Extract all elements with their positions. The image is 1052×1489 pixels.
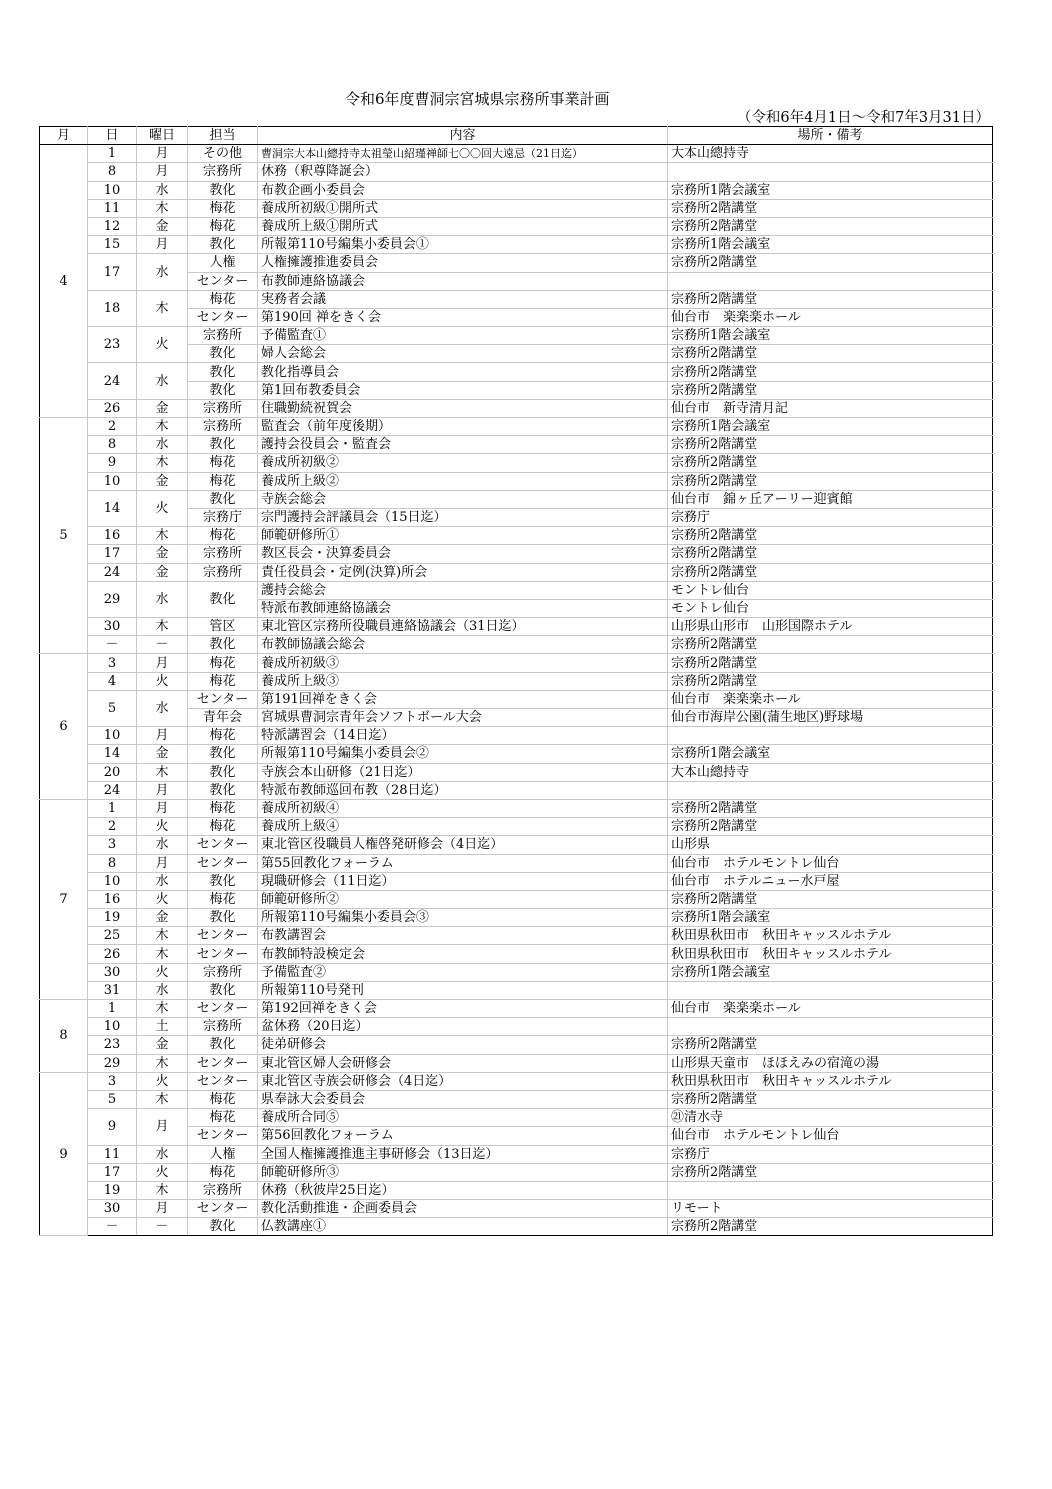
content-cell: 布教師特設検定会 [258,945,668,963]
content-cell: 東北管区宗務所役職員連絡協議会（31日迄） [258,618,668,636]
place-cell: 大本山總持寺 [668,145,993,163]
place-cell: ㉑清水寺 [668,1109,993,1127]
place-cell: 大本山總持寺 [668,763,993,781]
day-cell: 5 [88,1090,137,1108]
weekday-cell: 木 [137,1000,188,1018]
table-row: 41月その他曹洞宗大本山總持寺太祖瑩山紹瑾禅師七〇〇回大遠忌（21日迄）大本山總… [40,145,993,163]
tanto-cell: 梅花 [188,1109,258,1127]
content-cell: 特派布教師巡回布教（28日迄） [258,781,668,799]
weekday-cell: 水 [137,872,188,890]
table-row: 10金梅花養成所上級②宗務所2階講堂 [40,472,993,490]
table-row: 18木梅花実務者会議宗務所2階講堂 [40,290,993,308]
content-cell: 予備監査① [258,327,668,345]
tanto-cell: 管区 [188,618,258,636]
weekday-cell: 木 [137,763,188,781]
tanto-cell: 梅花 [188,654,258,672]
content-cell: 教化指導員会 [258,363,668,381]
month-cell: 8 [40,1000,88,1073]
content-cell: 盆休務（20日迄） [258,1018,668,1036]
place-cell: 宗務所2階講堂 [668,363,993,381]
weekday-cell: 火 [137,1163,188,1181]
tanto-cell: 宗務所 [188,163,258,181]
content-cell: 徒弟研修会 [258,1036,668,1054]
tanto-cell: センター [188,690,258,708]
header-month: 月 [40,127,88,145]
tanto-cell: 梅花 [188,217,258,235]
table-row: 26金宗務所住職勤続祝賀会仙台市 新寺清月記 [40,399,993,417]
tanto-cell: 梅花 [188,818,258,836]
weekday-cell: 月 [137,781,188,799]
weekday-cell: 月 [137,799,188,817]
month-cell: 5 [40,418,88,654]
day-cell: 26 [88,945,137,963]
weekday-cell: 金 [137,563,188,581]
day-cell: 30 [88,963,137,981]
content-cell: 養成所上級①開所式 [258,217,668,235]
content-cell: 第55回教化フォーラム [258,854,668,872]
day-cell: 1 [88,799,137,817]
weekday-cell: － [137,1218,188,1236]
day-cell: 17 [88,254,137,290]
tanto-cell: 梅花 [188,1090,258,1108]
place-cell [668,981,993,999]
table-row: －－教化仏教講座①宗務所2階講堂 [40,1218,993,1236]
tanto-cell: 宗務所 [188,963,258,981]
content-cell: 師範研修所③ [258,1163,668,1181]
weekday-cell: 金 [137,472,188,490]
place-cell: 宗務庁 [668,1145,993,1163]
table-header-row: 月 日 曜日 担当 内容 場所・備考 [40,127,993,145]
tanto-cell: 梅花 [188,672,258,690]
weekday-cell: 金 [137,909,188,927]
table-row: 29木センター東北管区婦人会研修会山形県天童市 ほほえみの宿滝の湯 [40,1054,993,1072]
weekday-cell: 金 [137,217,188,235]
content-cell: 師範研修所① [258,527,668,545]
table-row: 16木梅花師範研修所①宗務所2階講堂 [40,527,993,545]
table-row: 23金教化徒弟研修会宗務所2階講堂 [40,1036,993,1054]
tanto-cell: センター [188,308,258,326]
tanto-cell: 教化 [188,872,258,890]
content-cell: 第192回禅をきく会 [258,1000,668,1018]
weekday-cell: 木 [137,454,188,472]
weekday-cell: 木 [137,527,188,545]
table-row: 5水センター第191回禅をきく会仙台市 楽楽楽ホール [40,690,993,708]
header-place: 場所・備考 [668,127,993,145]
table-row: 12金梅花養成所上級①開所式宗務所2階講堂 [40,217,993,235]
tanto-cell: センター [188,1054,258,1072]
day-cell: 23 [88,1036,137,1054]
day-cell: 24 [88,563,137,581]
table-row: 24金宗務所責任役員会・定例(決算)所会宗務所2階講堂 [40,563,993,581]
tanto-cell: 教化 [188,181,258,199]
day-cell: 3 [88,1072,137,1090]
header-weekday: 曜日 [137,127,188,145]
weekday-cell: 月 [137,854,188,872]
content-cell: 県奉詠大会委員会 [258,1090,668,1108]
place-cell: 山形県 [668,836,993,854]
day-cell: 12 [88,217,137,235]
place-cell: 宗務所1階会議室 [668,963,993,981]
weekday-cell: 月 [137,1200,188,1218]
place-cell: 宗務所2階講堂 [668,436,993,454]
place-cell: 宗務所1階会議室 [668,181,993,199]
table-row: 3水センター東北管区役職員人権啓発研修会（4日迄）山形県 [40,836,993,854]
tanto-cell: 教化 [188,436,258,454]
month-cell: 6 [40,654,88,800]
content-cell: 教化活動推進・企画委員会 [258,1200,668,1218]
table-row: 81木センター第192回禅をきく会仙台市 楽楽楽ホール [40,1000,993,1018]
table-row: 14金教化所報第110号編集小委員会②宗務所1階会議室 [40,745,993,763]
day-cell: 19 [88,1181,137,1199]
day-cell: 17 [88,545,137,563]
place-cell: 宗務所2階講堂 [668,254,993,272]
place-cell: 秋田県秋田市 秋田キャッスルホテル [668,927,993,945]
table-row: 9月梅花養成所合同⑤㉑清水寺 [40,1109,993,1127]
day-cell: 10 [88,1018,137,1036]
place-cell: 仙台市 楽楽楽ホール [668,308,993,326]
place-cell: 宗務所2階講堂 [668,1090,993,1108]
weekday-cell: 水 [137,436,188,454]
tanto-cell: センター [188,272,258,290]
content-cell: 寺族会本山研修（21日迄） [258,763,668,781]
place-cell: 宗務所2階講堂 [668,545,993,563]
content-cell: 護持会総会 [258,581,668,599]
place-cell: 宗務所2階講堂 [668,654,993,672]
table-row: 14火教化寺族会総会仙台市 錦ヶ丘アーリー迎賓館 [40,490,993,508]
day-cell: 9 [88,1109,137,1145]
content-cell: 養成所上級④ [258,818,668,836]
tanto-cell: 教化 [188,1036,258,1054]
day-cell: 29 [88,581,137,617]
day-cell: 10 [88,472,137,490]
content-cell: 布教師協議会総会 [258,636,668,654]
content-cell: 師範研修所② [258,890,668,908]
schedule-table: 月 日 曜日 担当 内容 場所・備考 41月その他曹洞宗大本山總持寺太祖瑩山紹瑾… [39,126,993,1236]
content-cell: 休務（秋彼岸25日迄） [258,1181,668,1199]
content-cell: 全国人権擁護推進主事研修会（13日迄） [258,1145,668,1163]
place-cell [668,1018,993,1036]
tanto-cell: 宗務所 [188,563,258,581]
header-day: 日 [88,127,137,145]
table-row: 8月宗務所休務（釈尊降誕会） [40,163,993,181]
tanto-cell: 梅花 [188,799,258,817]
tanto-cell: 宗務庁 [188,508,258,526]
content-cell: 所報第110号編集小委員会① [258,236,668,254]
table-row: 8月センター第55回教化フォーラム仙台市 ホテルモントレ仙台 [40,854,993,872]
weekday-cell: 木 [137,199,188,217]
tanto-cell: センター [188,927,258,945]
content-cell: 東北管区役職員人権啓発研修会（4日迄） [258,836,668,854]
weekday-cell: 金 [137,545,188,563]
content-cell: 仏教講座① [258,1218,668,1236]
content-cell: 東北管区婦人会研修会 [258,1054,668,1072]
weekday-cell: 火 [137,490,188,526]
table-row: 30月センター教化活動推進・企画委員会リモート [40,1200,993,1218]
content-cell: 布教企画小委員会 [258,181,668,199]
weekday-cell: 木 [137,618,188,636]
place-cell: 宗務所1階会議室 [668,418,993,436]
day-cell: 4 [88,672,137,690]
content-cell: 養成所初級② [258,454,668,472]
place-cell: 宗務所2階講堂 [668,1218,993,1236]
day-cell: 16 [88,890,137,908]
weekday-cell: 木 [137,290,188,326]
tanto-cell: 教化 [188,1218,258,1236]
content-cell: 現職研修会（11日迄） [258,872,668,890]
place-cell: 宗務所2階講堂 [668,799,993,817]
day-cell: 14 [88,745,137,763]
content-cell: 曹洞宗大本山總持寺太祖瑩山紹瑾禅師七〇〇回大遠忌（21日迄） [258,145,668,163]
day-cell: 8 [88,436,137,454]
tanto-cell: センター [188,1000,258,1018]
tanto-cell: 梅花 [188,290,258,308]
weekday-cell: 月 [137,1109,188,1145]
place-cell: 仙台市 新寺清月記 [668,399,993,417]
weekday-cell: 水 [137,181,188,199]
schedule-body: 41月その他曹洞宗大本山總持寺太祖瑩山紹瑾禅師七〇〇回大遠忌（21日迄）大本山總… [40,145,993,1236]
day-cell: 26 [88,399,137,417]
place-cell: 宗務所2階講堂 [668,217,993,235]
tanto-cell: 教化 [188,981,258,999]
header-content: 内容 [258,127,668,145]
tanto-cell: センター [188,1072,258,1090]
weekday-cell: 水 [137,690,188,726]
tanto-cell: 梅花 [188,727,258,745]
day-cell: 20 [88,763,137,781]
tanto-cell: その他 [188,145,258,163]
day-cell: － [88,1218,137,1236]
place-cell: 宗務所2階講堂 [668,199,993,217]
table-row: 10水教化現職研修会（11日迄）仙台市 ホテルニュー水戸屋 [40,872,993,890]
day-cell: 18 [88,290,137,326]
tanto-cell: 青年会 [188,709,258,727]
place-cell [668,781,993,799]
table-row: 93火センター東北管区寺族会研修会（4日迄）秋田県秋田市 秋田キャッスルホテル [40,1072,993,1090]
table-row: 30木管区東北管区宗務所役職員連絡協議会（31日迄）山形県山形市 山形国際ホテル [40,618,993,636]
tanto-cell: 宗務所 [188,545,258,563]
day-cell: 30 [88,618,137,636]
weekday-cell: 木 [137,418,188,436]
place-cell: 仙台市 ホテルモントレ仙台 [668,1127,993,1145]
day-cell: 9 [88,454,137,472]
tanto-cell: 宗務所 [188,1018,258,1036]
document-title: 令和6年度曹洞宗宮城県宗務所事業計画 [345,88,610,109]
content-cell: 宗門護持会評議員会（15日迄） [258,508,668,526]
weekday-cell: 月 [137,727,188,745]
day-cell: 29 [88,1054,137,1072]
tanto-cell: 梅花 [188,527,258,545]
day-cell: － [88,636,137,654]
day-cell: 5 [88,690,137,726]
place-cell: 宗務所2階講堂 [668,454,993,472]
table-row: 16火梅花師範研修所②宗務所2階講堂 [40,890,993,908]
table-row: 24水教化教化指導員会宗務所2階講堂 [40,363,993,381]
place-cell: リモート [668,1200,993,1218]
day-cell: 15 [88,236,137,254]
day-cell: 8 [88,163,137,181]
place-cell: 宗務所1階会議室 [668,327,993,345]
content-cell: 養成所合同⑤ [258,1109,668,1127]
day-cell: 3 [88,654,137,672]
table-row: 15月教化所報第110号編集小委員会①宗務所1階会議室 [40,236,993,254]
content-cell: 養成所初級①開所式 [258,199,668,217]
place-cell: 宗務所2階講堂 [668,563,993,581]
weekday-cell: 金 [137,1036,188,1054]
content-cell: 護持会役員会・監査会 [258,436,668,454]
place-cell: 宗務所2階講堂 [668,672,993,690]
month-cell: 4 [40,145,88,418]
day-cell: 16 [88,527,137,545]
table-row: 17火梅花師範研修所③宗務所2階講堂 [40,1163,993,1181]
content-cell: 特派布教師連絡協議会 [258,599,668,617]
content-cell: 布教師連絡協議会 [258,272,668,290]
content-cell: 人権擁護推進委員会 [258,254,668,272]
place-cell: 宗務所2階講堂 [668,381,993,399]
table-row: 71月梅花養成所初級④宗務所2階講堂 [40,799,993,817]
tanto-cell: 人権 [188,254,258,272]
place-cell: 仙台市海岸公園(蒲生地区)野球場 [668,709,993,727]
day-cell: 2 [88,418,137,436]
place-cell: モントレ仙台 [668,581,993,599]
table-row: 20木教化寺族会本山研修（21日迄）大本山總持寺 [40,763,993,781]
place-cell: 宗務所2階講堂 [668,527,993,545]
tanto-cell: 教化 [188,781,258,799]
place-cell [668,272,993,290]
day-cell: 17 [88,1163,137,1181]
table-row: 25木センター布教講習会秋田県秋田市 秋田キャッスルホテル [40,927,993,945]
weekday-cell: 水 [137,981,188,999]
table-row: 5木梅花県奉詠大会委員会宗務所2階講堂 [40,1090,993,1108]
table-row: －－教化布教師協議会総会宗務所2階講堂 [40,636,993,654]
table-row: 31水教化所報第110号発刊 [40,981,993,999]
weekday-cell: － [137,636,188,654]
day-cell: 24 [88,781,137,799]
content-cell: 第1回布教委員会 [258,381,668,399]
content-cell: 所報第110号編集小委員会③ [258,909,668,927]
place-cell: 仙台市 ホテルニュー水戸屋 [668,872,993,890]
content-cell: 予備監査② [258,963,668,981]
table-row: 19金教化所報第110号編集小委員会③宗務所1階会議室 [40,909,993,927]
place-cell: 山形県天童市 ほほえみの宿滝の湯 [668,1054,993,1072]
content-cell: 住職勤続祝賀会 [258,399,668,417]
place-cell: 宗務所2階講堂 [668,290,993,308]
content-cell: 寺族会総会 [258,490,668,508]
day-cell: 11 [88,1145,137,1163]
place-cell: 宗務所2階講堂 [668,818,993,836]
weekday-cell: 水 [137,363,188,399]
weekday-cell: 水 [137,581,188,617]
content-cell: 布教講習会 [258,927,668,945]
tanto-cell: 教化 [188,345,258,363]
table-row: 10土宗務所盆休務（20日迄） [40,1018,993,1036]
tanto-cell: 梅花 [188,890,258,908]
content-cell: 第190回 禅をきく会 [258,308,668,326]
weekday-cell: 木 [137,1181,188,1199]
place-cell: 宗務所2階講堂 [668,1036,993,1054]
table-row: 52木宗務所監査会（前年度後期）宗務所1階会議室 [40,418,993,436]
table-row: 10水教化布教企画小委員会宗務所1階会議室 [40,181,993,199]
place-cell: 山形県山形市 山形国際ホテル [668,618,993,636]
day-cell: 2 [88,818,137,836]
place-cell: 宗務所1階会議室 [668,236,993,254]
weekday-cell: 火 [137,672,188,690]
day-cell: 1 [88,145,137,163]
tanto-cell: 教化 [188,381,258,399]
place-cell: 仙台市 楽楽楽ホール [668,690,993,708]
table-row: 4火梅花養成所上級③宗務所2階講堂 [40,672,993,690]
content-cell: 監査会（前年度後期） [258,418,668,436]
table-row: 17水人権人権擁護推進委員会宗務所2階講堂 [40,254,993,272]
document-period: （令和6年4月1日～令和7年3月31日） [737,106,990,127]
day-cell: 24 [88,363,137,399]
place-cell: 宗務所1階会議室 [668,909,993,927]
tanto-cell: 宗務所 [188,399,258,417]
content-cell: 宮城県曹洞宗青年会ソフトボール大会 [258,709,668,727]
place-cell: 秋田県秋田市 秋田キャッスルホテル [668,1072,993,1090]
content-cell: 所報第110号発刊 [258,981,668,999]
content-cell: 実務者会議 [258,290,668,308]
place-cell: 宗務庁 [668,508,993,526]
place-cell: 宗務所2階講堂 [668,345,993,363]
content-cell: 養成所上級② [258,472,668,490]
day-cell: 25 [88,927,137,945]
place-cell: 宗務所1階会議室 [668,745,993,763]
day-cell: 10 [88,727,137,745]
weekday-cell: 土 [137,1018,188,1036]
day-cell: 10 [88,872,137,890]
day-cell: 1 [88,1000,137,1018]
tanto-cell: 梅花 [188,472,258,490]
content-cell: 所報第110号編集小委員会② [258,745,668,763]
table-row: 63月梅花養成所初級③宗務所2階講堂 [40,654,993,672]
place-cell: 宗務所2階講堂 [668,1163,993,1181]
weekday-cell: 火 [137,890,188,908]
tanto-cell: 教化 [188,490,258,508]
tanto-cell: 教化 [188,745,258,763]
tanto-cell: 宗務所 [188,418,258,436]
day-cell: 14 [88,490,137,526]
day-cell: 31 [88,981,137,999]
weekday-cell: 火 [137,818,188,836]
day-cell: 30 [88,1200,137,1218]
table-row: 11水人権全国人権擁護推進主事研修会（13日迄）宗務庁 [40,1145,993,1163]
content-cell: 養成所初級③ [258,654,668,672]
weekday-cell: 月 [137,236,188,254]
weekday-cell: 月 [137,145,188,163]
tanto-cell: 教化 [188,363,258,381]
table-row: 19木宗務所休務（秋彼岸25日迄） [40,1181,993,1199]
weekday-cell: 火 [137,963,188,981]
tanto-cell: センター [188,1127,258,1145]
tanto-cell: センター [188,945,258,963]
weekday-cell: 木 [137,1090,188,1108]
tanto-cell: 教化 [188,636,258,654]
table-row: 8水教化護持会役員会・監査会宗務所2階講堂 [40,436,993,454]
place-cell [668,163,993,181]
tanto-cell: 人権 [188,1145,258,1163]
content-cell: 養成所初級④ [258,799,668,817]
weekday-cell: 火 [137,327,188,363]
content-cell: 第56回教化フォーラム [258,1127,668,1145]
header-tanto: 担当 [188,127,258,145]
weekday-cell: 月 [137,163,188,181]
content-cell: 養成所上級③ [258,672,668,690]
weekday-cell: 水 [137,254,188,290]
content-cell: 東北管区寺族会研修会（4日迄） [258,1072,668,1090]
place-cell: 仙台市 ホテルモントレ仙台 [668,854,993,872]
place-cell: 仙台市 楽楽楽ホール [668,1000,993,1018]
day-cell: 8 [88,854,137,872]
